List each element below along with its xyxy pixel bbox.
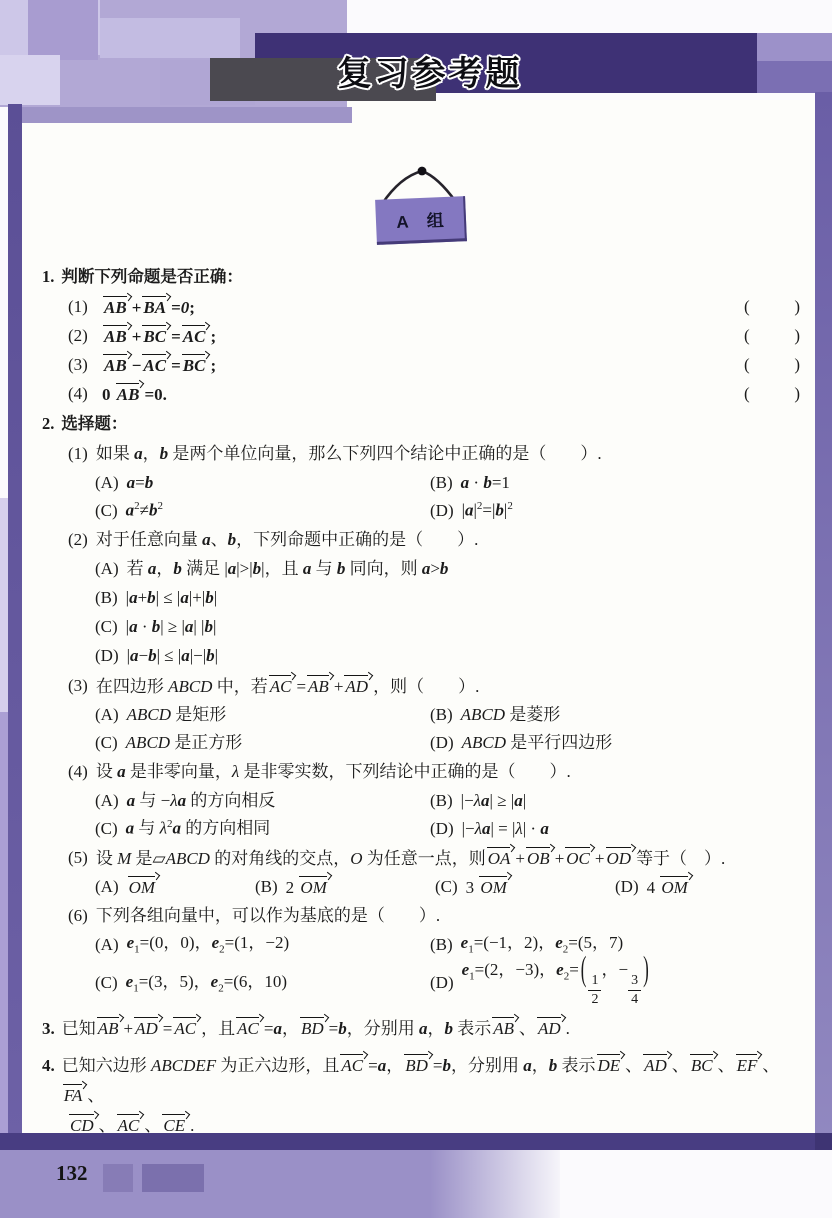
decor-left-outer-light: [0, 498, 8, 712]
sub-label: (2): [68, 529, 88, 552]
problem-3: 3. 已知AB+AD=AC，且AC=a，BD=b，分别用 a，b 表示AB、AD…: [42, 1014, 802, 1044]
sub-label: (4): [68, 761, 88, 784]
option-A: (A)OM: [95, 873, 255, 901]
decor-left-stripe: [8, 104, 22, 1140]
option-D: (D)|−λa| = |λ| · a: [430, 815, 802, 843]
group-sign: A 组: [375, 196, 467, 245]
option-key: (C): [95, 732, 118, 755]
option-text: |−λa| ≥ |a|: [461, 790, 526, 813]
subquestion-3: (3) 在四边形 ABCD 中，若AC=AB+AD，则（ ）. (A)ABCD …: [42, 672, 802, 757]
question-stem: 如果 a，b 是两个单位向量，那么下列四个结论中正确的是（ ）.: [96, 443, 602, 466]
problem-4-line2: CD、AC、CE.: [68, 1111, 802, 1141]
option-key: (A): [95, 934, 119, 957]
option-text: 4 OM: [647, 875, 693, 900]
problem-number: 3.: [42, 1014, 55, 1044]
option-A: (A)a=b: [95, 469, 430, 497]
option-text: |a+b| ≤ |a|+|b|: [126, 587, 217, 610]
option-text: |a|2=|b|2: [462, 499, 513, 523]
judgement-item: (3) AB−AC=BC; (): [68, 351, 802, 380]
sub-label: (1): [68, 443, 88, 466]
option-text: e1=(−1，2)，e2=(5，7): [461, 932, 624, 957]
option-B: (B)a · b=1: [430, 469, 802, 497]
option-A: (A)e1=(0，0)，e2=(1，−2): [95, 931, 430, 959]
option-A: (A)a 与 −λa 的方向相反: [95, 787, 430, 815]
problem-number: 2.: [42, 413, 54, 435]
item-label: (1): [68, 296, 102, 319]
decor-patch-light3: [0, 55, 60, 105]
sub-label: (3): [68, 675, 88, 698]
question-stem: 设 a 是非零向量，λ 是非零实数，下列结论中正确的是（ ）.: [96, 761, 571, 784]
subquestion-6: (6) 下列各组向量中，可以作为基底的是（ ）. (A)e1=(0，0)，e2=…: [42, 902, 802, 1007]
option-D: (D)4 OM: [615, 873, 802, 901]
exercise-content: 1. 判断下列命题是否正确： (1) AB+BA=0; () (2) AB+BC…: [42, 266, 802, 1141]
decor-patch-dark1: [28, 0, 98, 60]
subquestion-2: (2) 对于任意向量 a、b，下列命题中正确的是（ ）. (A)若 a，b 满足…: [42, 526, 802, 671]
item-label: (3): [68, 354, 102, 377]
item-label: (2): [68, 325, 102, 348]
option-key: (C): [95, 616, 118, 639]
option-text: a 与 λ2a 的方向相同: [126, 817, 271, 841]
subquestion-4: (4) 设 a 是非零向量，λ 是非零实数，下列结论中正确的是（ ）. (A)a…: [42, 758, 802, 843]
option-text: |a−b| ≤ |a|−|b|: [127, 645, 218, 668]
option-text: a2≠b2: [126, 499, 163, 523]
option-key: (B): [430, 790, 453, 813]
option-key: (B): [430, 704, 453, 727]
option-key: (B): [430, 472, 453, 495]
option-text: 3 OM: [466, 875, 512, 900]
decor-patch-light2: [100, 18, 240, 58]
option-text: ABCD 是矩形: [127, 704, 227, 727]
judgement-item: (1) AB+BA=0; (): [68, 293, 802, 322]
page-number: 132: [56, 1161, 88, 1186]
option-key: (D): [95, 645, 119, 668]
option-C: (C)a2≠b2: [95, 497, 430, 525]
question-stem: 下列各组向量中，可以作为基底的是（ ）.: [96, 905, 440, 928]
decor-strip-lavender: [8, 107, 352, 123]
textbook-page: 复习参考题 A 组 1. 判断下列命题是否正确： (1) AB+BA=0; ()…: [0, 0, 832, 1218]
decor-right-stripe: [815, 92, 832, 1140]
problem-title: 判断下列命题是否正确：: [61, 266, 243, 288]
option-key: (D): [430, 500, 454, 523]
decor-footer-smudge1: [103, 1164, 133, 1192]
option-text: e1=(2，−3)，e2=(12，−34): [462, 959, 651, 1007]
judgement-item: (4) 0 AB=0. (): [68, 380, 802, 409]
option-key: (B): [255, 876, 278, 899]
option-B: (B)|−λa| ≥ |a|: [430, 787, 802, 815]
option-key: (A): [95, 790, 119, 813]
problem-number: 4.: [42, 1051, 55, 1081]
decor-band-right-bottom: [757, 61, 832, 93]
option-text: |−λa| = |λ| · a: [462, 818, 549, 841]
decor-footer-smudge2: [142, 1164, 204, 1192]
option-text: 2 OM: [286, 875, 332, 900]
option-key: (B): [95, 587, 118, 610]
option-C: (C)3 OM: [435, 873, 615, 901]
option-key: (D): [430, 972, 454, 995]
option-key: (C): [95, 500, 118, 523]
option-key: (D): [615, 876, 639, 899]
page-title: 复习参考题: [310, 46, 550, 95]
option-B: (B)e1=(−1，2)，e2=(5，7): [430, 931, 802, 959]
option-key: (A): [95, 704, 119, 727]
problem-1: 1. 判断下列命题是否正确： (1) AB+BA=0; () (2) AB+BC…: [42, 266, 802, 409]
option-text: e1=(0，0)，e2=(1，−2): [127, 932, 290, 957]
item-formula: 0 AB=0.: [102, 382, 167, 407]
subquestion-1: (1) 如果 a，b 是两个单位向量，那么下列四个结论中正确的是（ ）. (A)…: [42, 440, 802, 525]
option-key: (A): [95, 558, 119, 581]
option-key: (A): [95, 876, 119, 899]
item-label: (4): [68, 383, 102, 406]
option-D: (D)ABCD 是平行四边形: [430, 729, 802, 757]
problem-title: 选择题：: [61, 413, 127, 435]
option-text: ABCD 是平行四边形: [462, 732, 613, 755]
answer-parens: (): [744, 383, 800, 406]
group-label: A 组: [389, 205, 451, 233]
sub-label: (6): [68, 905, 88, 928]
option-C: (C)|a · b| ≥ |a| |b|: [95, 613, 802, 642]
option-text: 若 a，b 满足 |a|>|b|，且 a 与 b 同向，则 a>b: [127, 558, 449, 581]
answer-parens: (): [744, 354, 800, 377]
option-A: (A)若 a，b 满足 |a|>|b|，且 a 与 b 同向，则 a>b: [95, 555, 802, 584]
option-key: (A): [95, 472, 119, 495]
decor-footer-fade: [430, 1150, 560, 1218]
option-text: OM: [127, 875, 160, 900]
option-text: a 与 −λa 的方向相反: [127, 790, 276, 813]
answer-parens: (): [744, 296, 800, 319]
option-B: (B)ABCD 是菱形: [430, 701, 802, 729]
question-stem: 对于任意向量 a、b，下列命题中正确的是（ ）.: [96, 529, 479, 552]
option-text: ABCD 是正方形: [126, 732, 243, 755]
subquestion-5: (5) 设 M 是▱ABCD 的对角线的交点，O 为任意一点，则OA+OB+OC…: [42, 844, 802, 901]
option-key: (C): [95, 972, 118, 995]
problem-4: 4. 已知六边形 ABCDEF 为正六边形，且AC=a，BD=b，分别用 a，b…: [42, 1051, 802, 1111]
option-text: |a · b| ≥ |a| |b|: [126, 616, 217, 639]
option-D: (D)|a−b| ≤ |a|−|b|: [95, 642, 802, 671]
option-C: (C)a 与 λ2a 的方向相同: [95, 815, 430, 843]
option-B: (B)2 OM: [255, 873, 435, 901]
option-text: a · b=1: [461, 472, 510, 495]
option-key: (C): [95, 818, 118, 841]
item-formula: AB+BC=AC;: [102, 324, 216, 349]
problem-2: 2. 选择题： (1) 如果 a，b 是两个单位向量，那么下列四个结论中正确的是…: [42, 413, 802, 1007]
option-D: (D)|a|2=|b|2: [430, 497, 802, 525]
option-C: (C)e1=(3，5)，e2=(6，10): [95, 959, 430, 1007]
option-text: e1=(3，5)，e2=(6，10): [126, 971, 287, 996]
option-key: (D): [430, 732, 454, 755]
option-A: (A)ABCD 是矩形: [95, 701, 430, 729]
item-formula: AB+BA=0;: [102, 295, 195, 320]
item-formula: AB−AC=BC;: [102, 353, 216, 378]
option-C: (C)ABCD 是正方形: [95, 729, 430, 757]
problem-number: 1.: [42, 266, 54, 288]
option-B: (B)|a+b| ≤ |a|+|b|: [95, 584, 802, 613]
option-key: (D): [430, 818, 454, 841]
option-text: a=b: [127, 472, 154, 495]
problem-text: 已知AB+AD=AC，且AC=a，BD=b，分别用 a，b 表示AB、AD.: [62, 1014, 570, 1044]
option-D: (D)e1=(2，−3)，e2=(12，−34): [430, 959, 802, 1007]
option-key: (C): [435, 876, 458, 899]
option-text: ABCD 是菱形: [461, 704, 561, 727]
decor-left-outer-mid: [0, 712, 8, 1140]
question-stem: 在四边形 ABCD 中，若AC=AB+AD，则（ ）.: [96, 674, 480, 699]
question-stem: 设 M 是▱ABCD 的对角线的交点，O 为任意一点，则OA+OB+OC+OD等…: [96, 846, 725, 871]
judgement-item: (2) AB+BC=AC; (): [68, 322, 802, 351]
option-key: (B): [430, 934, 453, 957]
decor-band-right-top: [757, 33, 832, 61]
decor-footer-corner: [815, 1133, 832, 1150]
problem-text: 已知六边形 ABCDEF 为正六边形，且AC=a，BD=b，分别用 a，b 表示…: [62, 1051, 802, 1111]
answer-parens: (): [744, 325, 800, 348]
sub-label: (5): [68, 847, 88, 870]
